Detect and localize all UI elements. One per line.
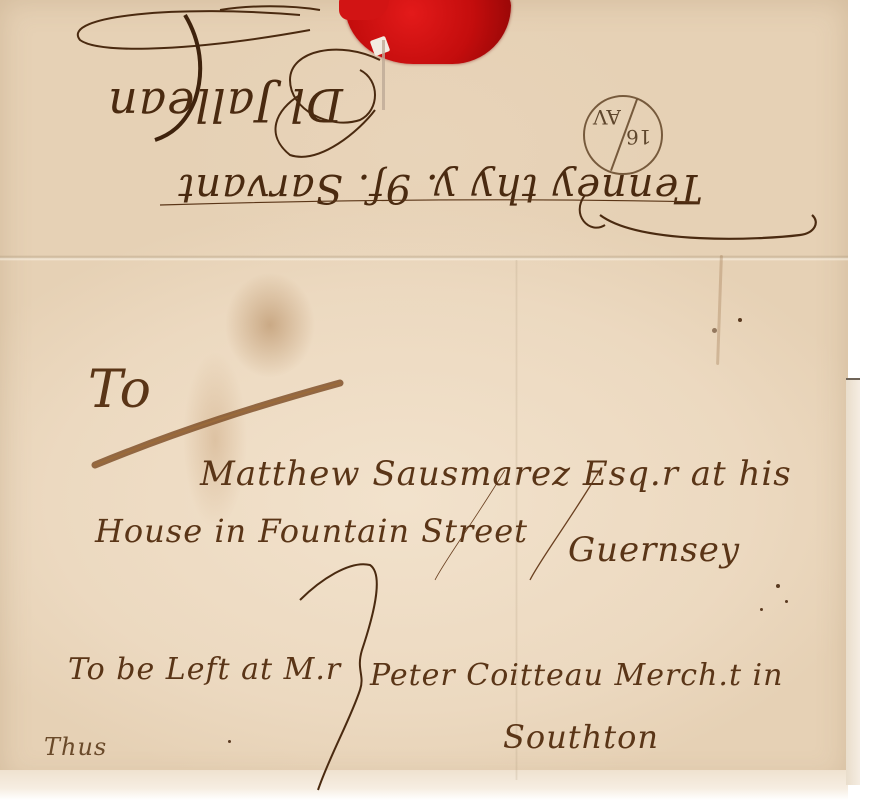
foxing-spot bbox=[712, 328, 717, 333]
foxing-spot bbox=[228, 740, 231, 743]
address-salutation: To bbox=[88, 360, 152, 420]
recipient-name-line: Matthew Sausmarez Esq.r at his bbox=[200, 454, 792, 494]
postmark-month: AV bbox=[593, 105, 621, 129]
underlying-flap-edge bbox=[846, 378, 860, 785]
island-line: Guernsey bbox=[568, 530, 740, 570]
forwarding-town-line: Southton bbox=[503, 718, 659, 756]
paper-bottom-edge bbox=[0, 770, 848, 800]
letter-scan: Dl Jallean Tenney thy y. 9f. Sarvant AV … bbox=[0, 0, 883, 800]
forwarding-instruction-line: To be Left at M.r bbox=[68, 652, 341, 687]
foxing-spot bbox=[738, 318, 742, 322]
street-address-line: House in Fountain Street bbox=[95, 512, 528, 550]
inverted-signature-line: Dl Jallean bbox=[0, 78, 450, 132]
inverted-closing-line: Tenney thy y. 9f. Sarvant bbox=[40, 165, 840, 211]
rate-annotation: Thus bbox=[44, 733, 107, 761]
bishop-mark-postmark: AV 16 bbox=[583, 95, 663, 175]
foxing-spot bbox=[760, 608, 763, 611]
postmark-day: 16 bbox=[626, 125, 651, 149]
foxing-spot bbox=[785, 600, 788, 603]
foxing-spot bbox=[776, 584, 780, 588]
forwarding-agent-line: Peter Coitteau Merch.t in bbox=[370, 658, 783, 693]
